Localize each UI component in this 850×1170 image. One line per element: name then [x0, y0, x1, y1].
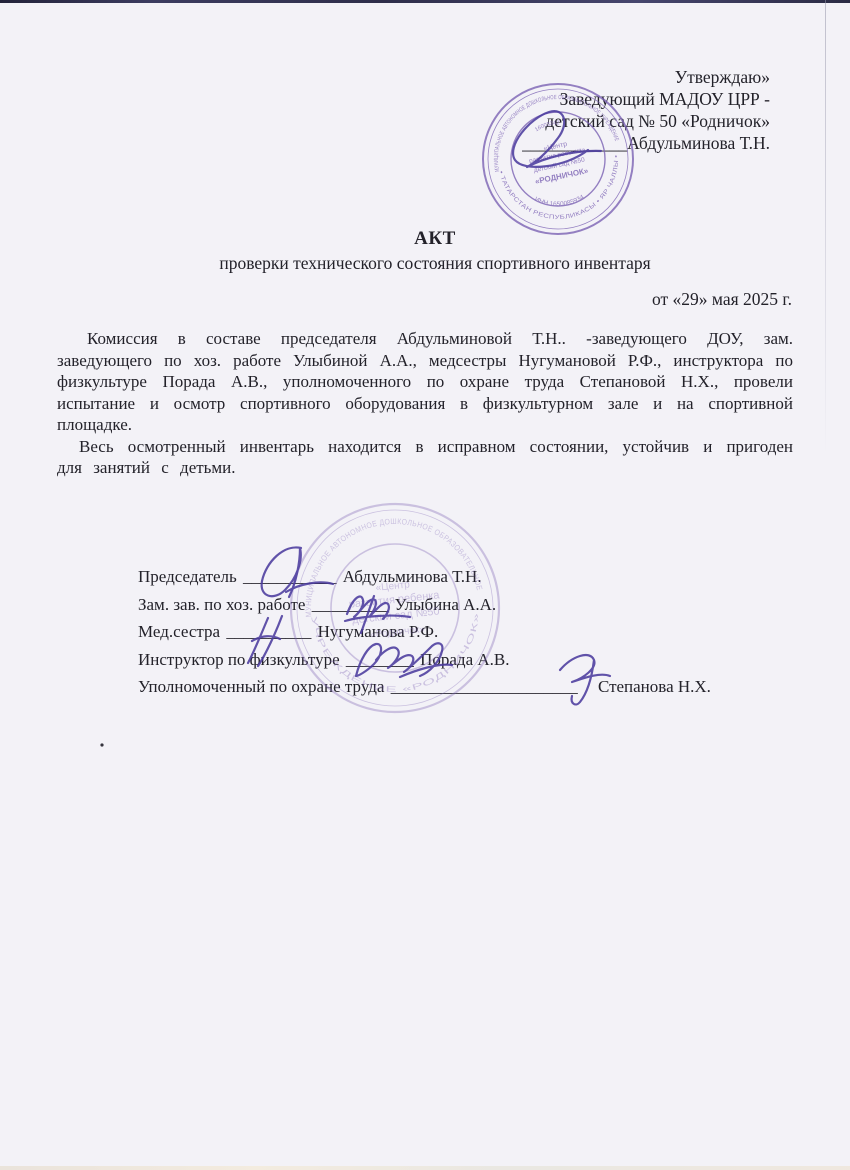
signature-name: Улыбина А.А.	[394, 595, 496, 614]
signature-role: Председатель	[138, 567, 237, 586]
scan-edge-bottom	[0, 1166, 850, 1170]
stamp-inner-line-4: «РОДНИЧОК»	[534, 166, 589, 186]
signature-row-deputy: Зам. зав. по хоз. работе _________ Улыби…	[138, 591, 711, 619]
scan-edge-top	[0, 0, 850, 3]
signature-underline: ______________________	[391, 677, 578, 696]
signature-role: Уполномоченный по охране труда	[138, 677, 384, 696]
approval-line-2: Заведующий МАДОУ ЦРР -	[522, 88, 770, 110]
signature-name: Степанова Н.Х.	[598, 677, 711, 696]
ink-speck	[100, 743, 103, 746]
signature-name: Порада А.В.	[420, 650, 509, 669]
approval-block: Утверждаю» Заведующий МАДОУ ЦРР - детски…	[522, 66, 770, 154]
svg-text:• ТАТАРСТАН РЕСПУБЛИКАСЫ • ЯР: • ТАТАРСТАН РЕСПУБЛИКАСЫ • ЯР ЧАЛЛЫ •	[497, 146, 631, 233]
signature-underline: __________	[226, 622, 311, 641]
signature-block: Председатель ___________ Абдульминова Т.…	[138, 563, 711, 701]
stamp-inner-line-3: детский сад №50	[533, 155, 586, 174]
signature-role: Мед.сестра	[138, 622, 220, 641]
signature-underline: ___________	[243, 567, 337, 586]
signature-row-chairman: Председатель ___________ Абдульминова Т.…	[138, 563, 711, 591]
body-text: Комиссия в составе председателя Абдульми…	[57, 328, 793, 479]
signature-name: Абдульминова Т.Н.	[343, 567, 482, 586]
signature-name: Нугуманова Р.Ф.	[318, 622, 439, 641]
signature-underline: ________	[346, 650, 414, 669]
signature-row-instructor: Инструктор по физкультуре ________ Порад…	[138, 646, 711, 674]
approval-line-1: Утверждаю»	[522, 66, 770, 88]
scanned-act-document: Утверждаю» Заведующий МАДОУ ЦРР - детски…	[0, 0, 850, 1170]
signature-row-nurse: Мед.сестра __________ Нугуманова Р.Ф.	[138, 618, 711, 646]
signature-underline: _________	[312, 595, 389, 614]
approval-signature-line: ____________Абдульминова Т.Н.	[522, 132, 770, 154]
body-paragraph-1: Комиссия в составе председателя Абдульми…	[57, 328, 793, 436]
svg-text:ИНН 1650085934: ИНН 1650085934	[532, 186, 586, 214]
signature-role: Инструктор по физкультуре	[138, 650, 340, 669]
signature-row-safety-officer: Уполномоченный по охране труда _________…	[138, 673, 711, 701]
approval-name: Абдульминова Т.Н.	[627, 133, 770, 153]
signature-role: Зам. зав. по хоз. работе	[138, 595, 305, 614]
approval-line-3: детский сад № 50 «Родничок»	[522, 110, 770, 132]
stamp-inn: ИНН 1650085934	[532, 186, 586, 214]
approval-underline: ____________	[522, 133, 627, 153]
stamp-ring-text-bottom: • ТАТАРСТАН РЕСПУБЛИКАСЫ • ЯР ЧАЛЛЫ •	[497, 146, 631, 233]
document-date: от «29» мая 2025 г.	[652, 289, 792, 310]
title-block: АКТ проверки технического состояния спор…	[20, 227, 850, 276]
body-paragraph-2: Весь осмотренный инвентарь находится в и…	[57, 436, 793, 479]
document-title: АКТ	[20, 227, 850, 251]
document-subtitle: проверки технического состояния спортивн…	[20, 251, 850, 276]
